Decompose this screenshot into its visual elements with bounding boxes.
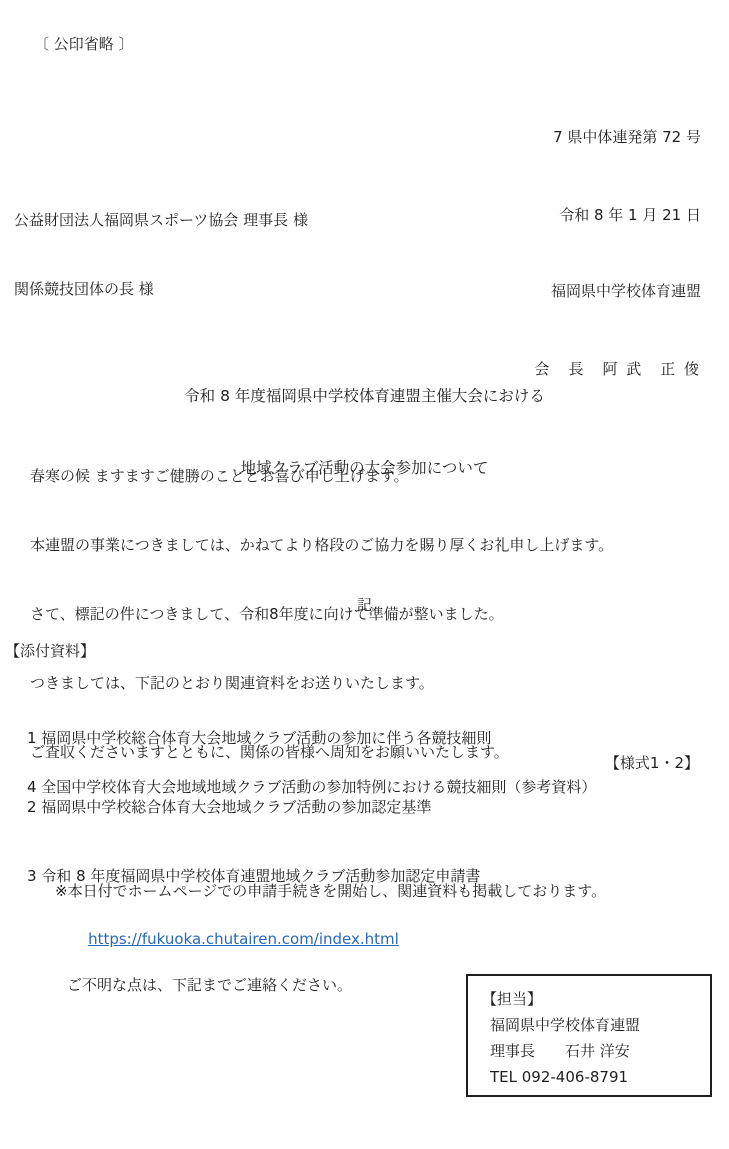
recipient-line: 関係競技団体の長 様 — [14, 278, 308, 301]
attachment-item: 4 全国中学校体育大会地域地域クラブ活動の参加特例における競技細則（参考資料） — [27, 776, 596, 797]
contact-person: 理事長 石井 洋安 — [490, 1038, 698, 1064]
recipient-line: 公益財団法人福岡県スポーツ協会 理事長 様 — [14, 209, 308, 232]
homepage-link[interactable]: https://fukuoka.chutairen.com/index.html — [88, 928, 399, 951]
recipient-block: 公益財団法人福岡県スポーツ協会 理事長 様 関係競技団体の長 様 — [14, 163, 308, 347]
sender-org: 福岡県中学校体育連盟 — [534, 278, 701, 304]
body-line: 春寒の候 ますますご健勝のこととお喜び申し上げます。 — [30, 465, 613, 488]
contact-heading: 【担当】 — [482, 986, 698, 1012]
seal-omitted-note: 〔 公印省略 〕 — [34, 33, 134, 54]
document-number: 7 県中体連発第 72 号 — [553, 124, 701, 150]
ki-marker: 記 — [0, 594, 729, 615]
document-title-line1: 令和 8 年度福岡県中学校体育連盟主催大会における — [0, 384, 729, 408]
contact-details: 福岡県中学校体育連盟 理事長 石井 洋安 TEL 092-406-8791 — [482, 1012, 698, 1090]
note-line: ※本日付でホームページでの申請手続きを開始し、関連資料も掲載しております。 — [55, 880, 606, 903]
attachments-heading: 【添付資料】 — [5, 640, 95, 661]
contact-org: 福岡県中学校体育連盟 — [490, 1012, 698, 1038]
document-date: 令和 8 年 1 月 21 日 — [553, 202, 701, 228]
body-line: 本連盟の事業につきましては、かねてより格段のご協力を賜り厚くお礼申し上げます。 — [30, 534, 613, 557]
document-page: 〔 公印省略 〕 7 県中体連発第 72 号 令和 8 年 1 月 21 日 公… — [0, 0, 729, 1149]
contact-box: 【担当】 福岡県中学校体育連盟 理事長 石井 洋安 TEL 092-406-87… — [466, 974, 712, 1097]
form-style-label: 【様式1・2】 — [605, 752, 699, 773]
attachment-item: 1 福岡県中学校総合体育大会地域クラブ活動の参加に伴う各競技細則 — [27, 727, 491, 750]
attachment-item: 2 福岡県中学校総合体育大会地域クラブ活動の参加認定基準 — [27, 796, 491, 819]
contact-tel: TEL 092-406-8791 — [490, 1064, 698, 1090]
